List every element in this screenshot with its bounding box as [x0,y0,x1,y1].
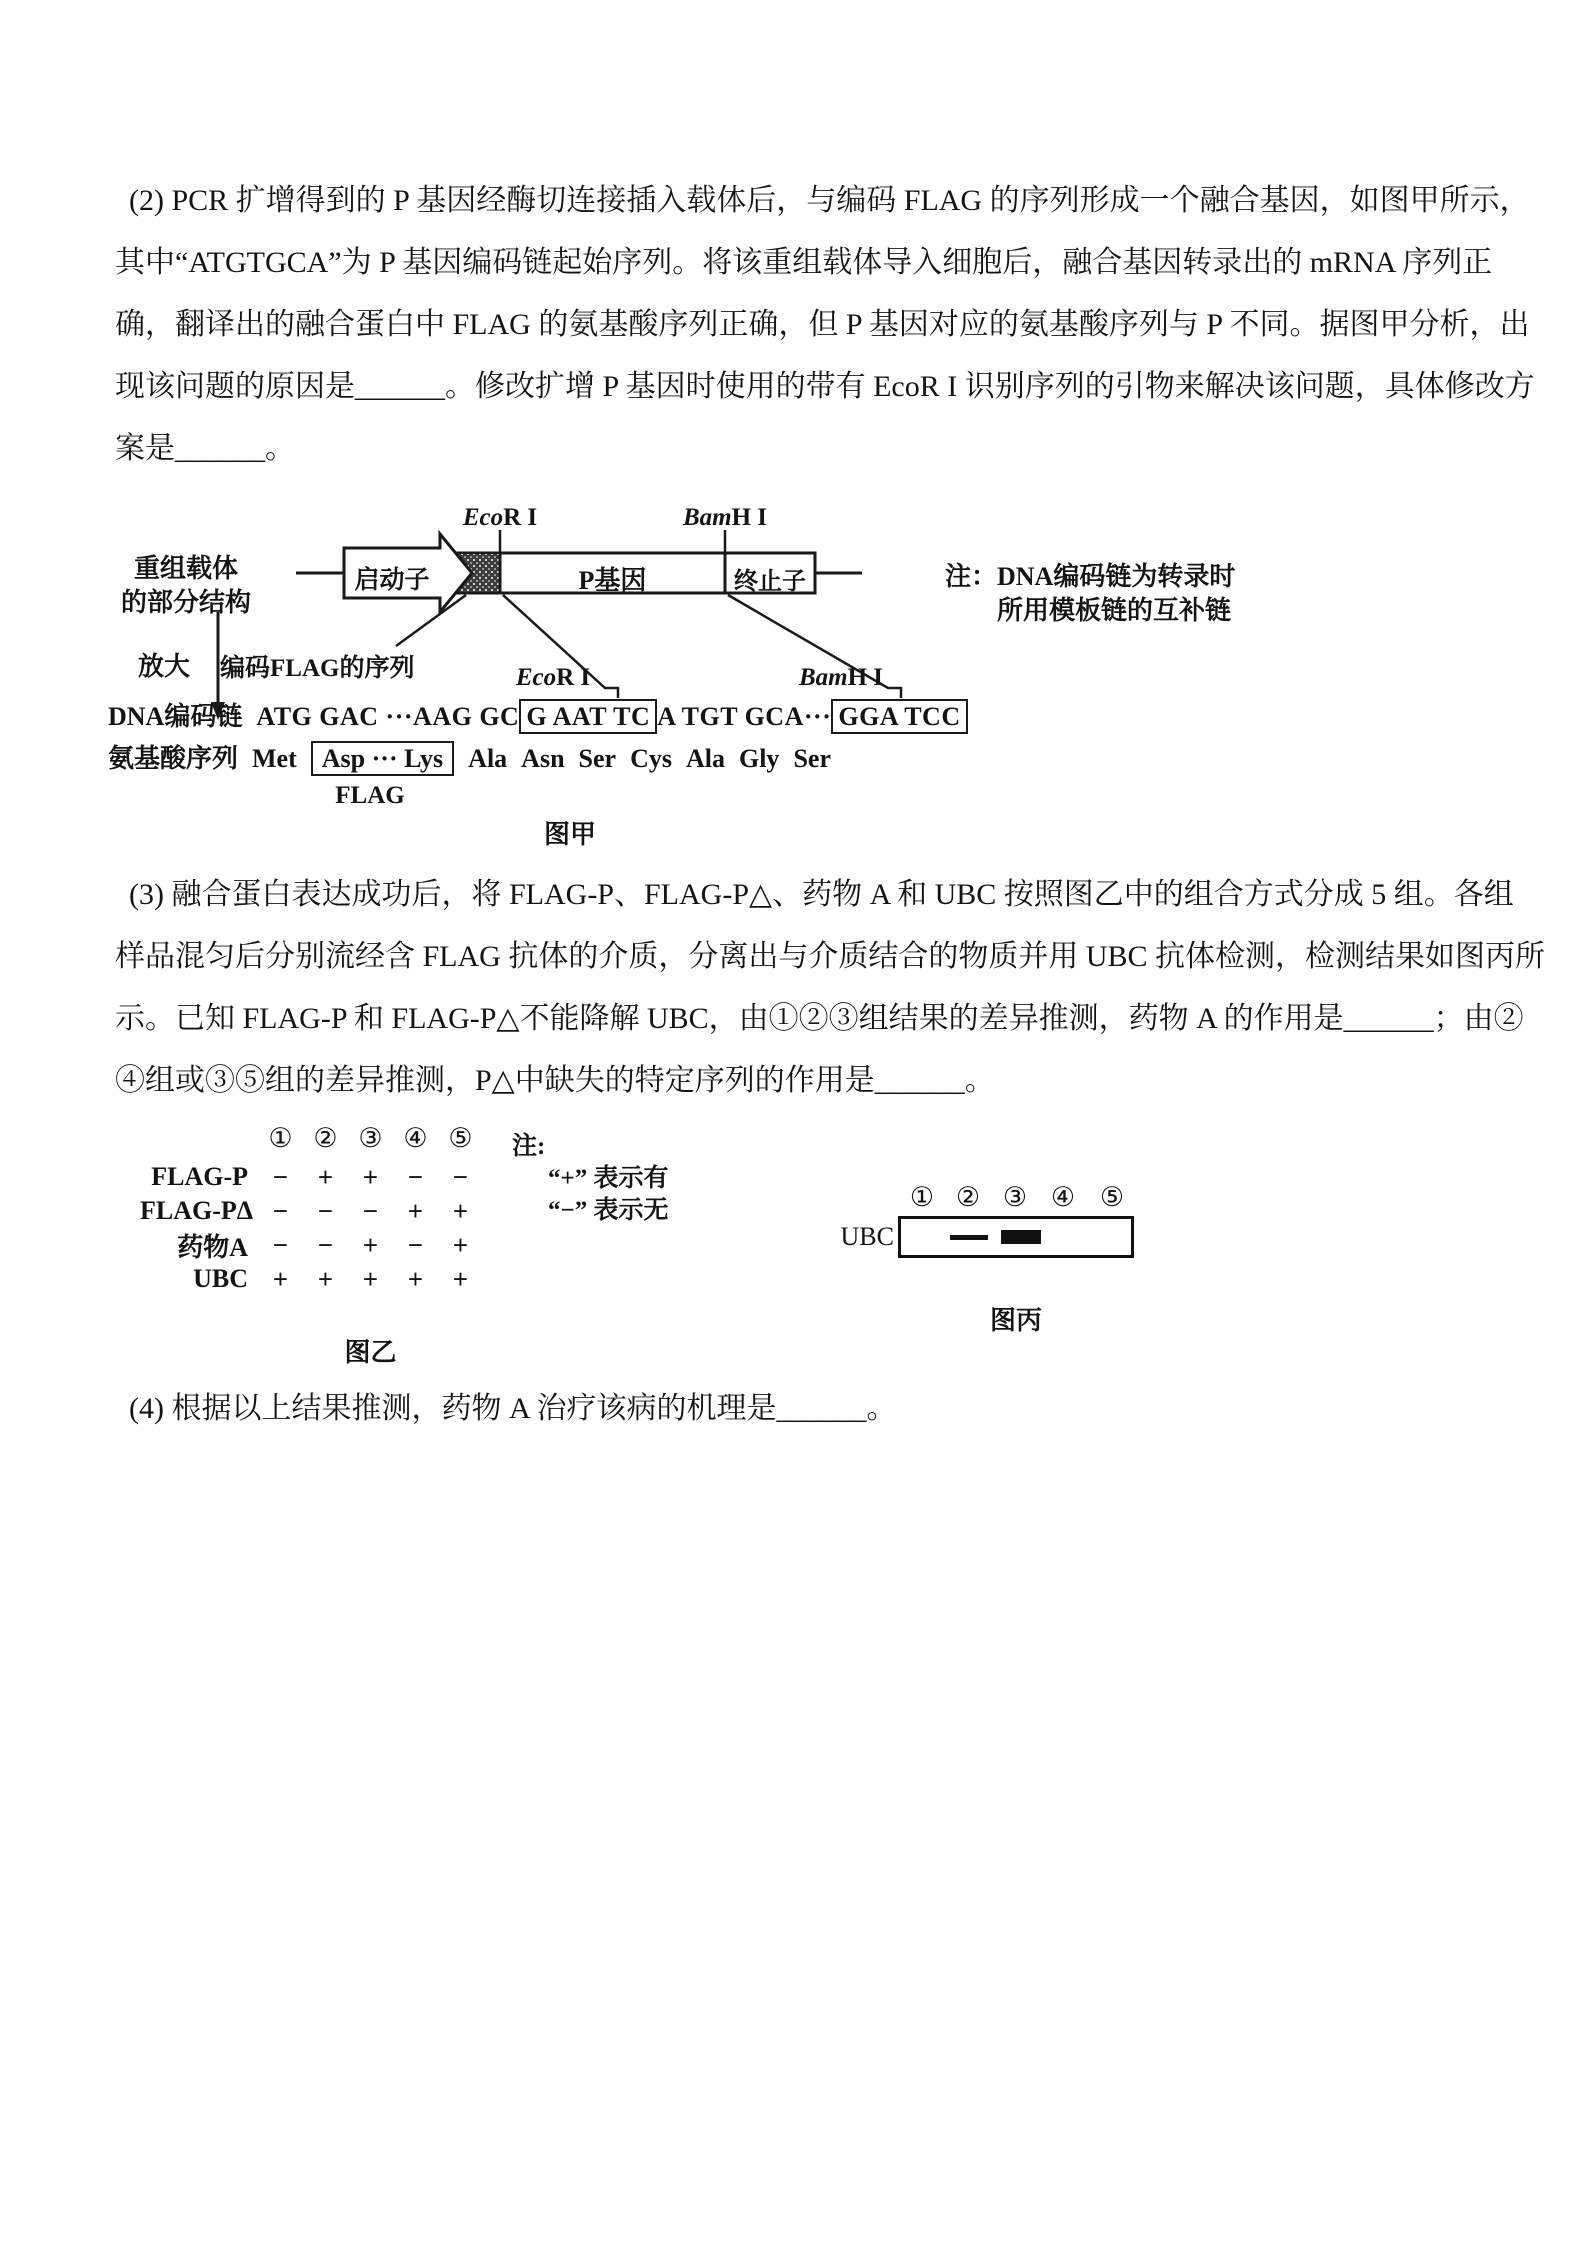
bamhi-site-box: GGA TCC [831,699,967,734]
bamhi-italic: Bam [799,664,848,691]
text-line: (4) 根据以上结果推测，药物 A 治疗该病的机理是______。 [115,1378,1460,1440]
cell: + [393,1196,438,1227]
blot-row-label: UBC [838,1222,894,1252]
text-line: (2) PCR 扩增得到的 P 基因经酶切连接插入载体后，与编码 FLAG 的序… [115,170,1460,232]
blot-band-lane2-thin [950,1235,988,1240]
bamhi-rest: H I [848,664,883,691]
group-header: ① [258,1123,303,1154]
row-label-flag-p: FLAG-P [140,1162,258,1192]
lane-header: ② [953,1182,983,1213]
flag-label: FLAG [305,782,435,810]
cell: − [303,1230,348,1261]
amino-acid: Ser [793,744,831,773]
groups-grid: ① ② ③ ④ ⑤ FLAG-P − + + − − FLAG-PΔ − − −… [140,1116,780,1296]
vector-label-line2: 的部分结构 [110,582,262,619]
row-label-drug-a: 药物A [140,1227,258,1264]
cell: − [303,1196,348,1227]
flag-label-leader [396,595,466,646]
text-line: (3) 融合蛋白表达成功后，将 FLAG-P、FLAG-P△、药物 A 和 UB… [115,864,1460,926]
group-header: ④ [393,1123,438,1154]
amino-acid: Ser [579,744,617,773]
cell: + [438,1196,483,1227]
amino-acid: Cys [630,744,672,773]
ecori-italic: Eco [516,664,556,691]
lane-header: ① [907,1182,937,1213]
lane-header: ⑤ [1097,1182,1127,1213]
figure-note-line1: 注：DNA编码链为转录时 [945,556,1235,593]
cell: + [303,1264,348,1295]
cell: + [303,1162,348,1193]
text-line: 确，翻译出的融合蛋白中 FLAG 的氨基酸序列正确，但 P 基因对应的氨基酸序列… [115,294,1460,356]
sequence-segment: ATG GAC ···AAG GC [256,702,519,731]
cell: + [258,1264,303,1295]
amino-acid-row: 氨基酸序列MetAsp ··· LysAlaAsnSerCysAlaGlySer [108,738,845,775]
cell: + [393,1264,438,1295]
terminator-label: 终止子 [725,561,815,596]
cell: + [348,1230,393,1261]
group-header: ② [303,1123,348,1154]
p-gene-label: P基因 [500,560,725,597]
text-line: 示。已知 FLAG-P 和 FLAG-P△不能降解 UBC，由①②③组结果的差异… [115,988,1460,1050]
cell: − [258,1162,303,1193]
cell: + [438,1264,483,1295]
table-note-plus: “+” 表示有 [548,1158,669,1194]
ecori-rest: R I [503,504,537,531]
cell: + [438,1230,483,1261]
zoom-label: 放大 [138,646,190,683]
ecori-italic: Eco [463,504,503,531]
promoter-label: 启动子 [346,560,438,596]
text-line: 样品混匀后分别流经含 FLAG 抗体的介质，分离出与介质结合的物质并用 UBC … [115,926,1460,988]
group-header: ③ [348,1123,393,1154]
question-2-paragraph: (2) PCR 扩增得到的 P 基因经酶切连接插入载体后，与编码 FLAG 的序… [115,170,1460,480]
question-4-paragraph: (4) 根据以上结果推测，药物 A 治疗该病的机理是______。 [115,1378,1460,1440]
flag-peptide-box: Asp ··· Lys [311,741,454,776]
bamhi-rest: H I [732,504,767,531]
row-label-ubc: UBC [140,1264,258,1294]
amino-acid: Ala [468,744,507,773]
bamhi-italic: Bam [683,504,732,531]
text-line: 现该问题的原因是______。修改扩增 P 基因时使用的带有 EcoR I 识别… [115,356,1460,418]
ecori-rest: R I [556,664,590,691]
amino-acid: Met [252,744,297,773]
text-line: 案是______。 [115,418,1460,480]
dna-coding-strand-row: DNA编码链ATG GAC ···AAG GCG AAT TCA TGT GCA… [108,696,968,733]
cell: − [438,1162,483,1193]
sequence-segment: A TGT GCA··· [657,702,831,731]
group-header: ⑤ [438,1123,483,1154]
text-line: 其中“ATGTGCA”为 P 基因编码链起始序列。将该重组载体导入细胞后，融合基… [115,232,1460,294]
question-3-paragraph: (3) 融合蛋白表达成功后，将 FLAG-P、FLAG-P△、药物 A 和 UB… [115,864,1460,1112]
figure-jia-vector-diagram: 重组载体 的部分结构 放大 启动子 P基因 终止子 EcoR I BamH I … [100,498,1280,850]
cell: + [348,1264,393,1295]
cell: − [258,1230,303,1261]
ecori-site-box: G AAT TC [519,699,657,734]
amino-acid: Gly [739,744,779,773]
figure-note-line2: 所用模板链的互补链 [997,590,1231,627]
row-label-flag-p-delta: FLAG-PΔ [140,1196,258,1226]
amino-acid: Ala [686,744,725,773]
bamhi-label-sequence: BamH I [781,664,901,692]
lane-header: ④ [1048,1182,1078,1213]
vector-label-line1: 重组载体 [110,548,262,585]
bamhi-label-top: BamH I [665,504,785,532]
cell: − [393,1162,438,1193]
flag-coding-sequence-label: 编码FLAG的序列 [220,648,414,684]
cell: + [348,1162,393,1193]
exam-document-page: (2) PCR 扩增得到的 P 基因经酶切连接插入载体后，与编码 FLAG 的序… [0,0,1586,2244]
cell: − [348,1196,393,1227]
blot-band-lane3-thick [1001,1230,1041,1244]
ecori-label-top: EcoR I [440,504,560,532]
figure-bing-blot: ① ② ③ ④ ⑤ UBC 图丙 [838,1182,1158,1342]
lane-header: ③ [1000,1182,1030,1213]
aa-row-label: 氨基酸序列 [108,744,238,773]
amino-acid: Asn [521,744,564,773]
ecori-label-sequence: EcoR I [493,664,613,692]
dna-row-label: DNA编码链 [108,702,242,731]
cell: − [258,1196,303,1227]
figure-jia-caption: 图甲 [480,814,660,851]
table-note-minus: “−” 表示无 [548,1190,669,1226]
cell: − [393,1230,438,1261]
table-note-title: 注: [512,1126,545,1162]
figure-yi-groups-table: ① ② ③ ④ ⑤ FLAG-P − + + − − FLAG-PΔ − − −… [140,1116,780,1366]
figure-yi-caption: 图乙 [258,1332,483,1369]
figure-bing-caption: 图丙 [898,1300,1134,1337]
text-line: ④组或③⑤组的差异推测，P△中缺失的特定序列的作用是______。 [115,1050,1460,1112]
